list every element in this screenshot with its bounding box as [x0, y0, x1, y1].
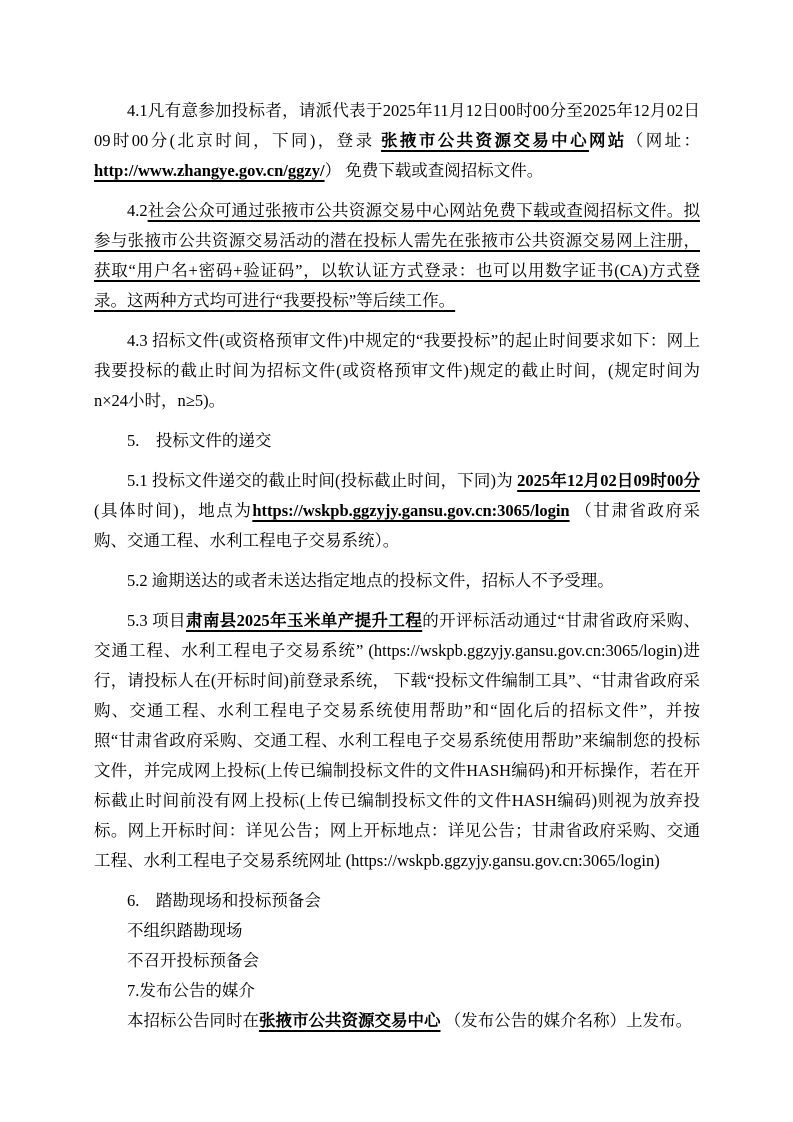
- text-run: 5.2 逾期送达的或者未送达指定地点的投标文件，招标人不予受理。: [127, 571, 614, 590]
- text-run: 本招标公告同时在: [127, 1011, 259, 1030]
- text-run: 6. 踏勘现场和投标预备会: [127, 891, 321, 910]
- para-4-3: 4.3 招标文件(或资格预审文件)中规定的“我要投标”的起止时间要求如下：网上我…: [94, 326, 700, 416]
- para-7-media: 本招标公告同时在张掖市公共资源交易中心 （发布公告的媒介名称）上发布。: [94, 1006, 700, 1036]
- emphasis-text: 张掖市公共资源交易中心: [381, 131, 589, 150]
- text-run: 7.发布公告的媒介: [127, 981, 255, 1000]
- emphasis-text: 网站: [589, 131, 627, 150]
- para-5: 5. 投标文件的递交: [94, 426, 700, 456]
- para-6-no-pre-bid-meeting: 不召开投标预备会: [94, 946, 700, 976]
- text-run: ） 免费下载或查阅招标文件。: [325, 161, 544, 180]
- para-5-2: 5.2 逾期送达的或者未送达指定地点的投标文件，招标人不予受理。: [94, 566, 700, 596]
- text-run: 不召开投标预备会: [127, 951, 259, 970]
- text-run: 5.3 项目: [127, 611, 186, 630]
- text-run: 4.2: [127, 201, 148, 220]
- text-run: 4.3 招标文件(或资格预审文件)中规定的“我要投标”的起止时间要求如下：网上我…: [94, 331, 700, 410]
- text-run: 5.1 投标文件递交的截止时间(投标截止时间，下同)为: [127, 471, 517, 490]
- emphasis-text: 肃南县2025年玉米单产提升工程: [186, 611, 422, 630]
- emphasis-text: 社会公众可通过张掖市公共资源交易中心网站免费下载或查阅招标文件。拟参与张掖市公共…: [94, 201, 700, 310]
- para-4-2: 4.2社会公众可通过张掖市公共资源交易中心网站免费下载或查阅招标文件。拟参与张掖…: [94, 196, 700, 316]
- document-page: 4.1凡有意参加投标者，请派代表于2025年11月12日00时00分至2025年…: [0, 0, 793, 1122]
- para-5-3: 5.3 项目肃南县2025年玉米单产提升工程的开评标活动通过“甘肃省政府采购、交…: [94, 606, 700, 876]
- url-text: http://www.zhangye.gov.cn/ggzy/: [94, 161, 325, 180]
- emphasis-text: 2025年12月02日09时00分: [517, 471, 700, 490]
- text-run: (具体时间)，地点为: [94, 501, 252, 520]
- text-run: （网址：: [627, 131, 700, 150]
- para-4-1: 4.1凡有意参加投标者，请派代表于2025年11月12日00时00分至2025年…: [94, 96, 700, 186]
- para-7: 7.发布公告的媒介: [94, 976, 700, 1006]
- document-body: 4.1凡有意参加投标者，请派代表于2025年11月12日00时00分至2025年…: [94, 96, 700, 1036]
- text-run: 的开评标活动通过“甘肃省政府采购、交通工程、水利工程电子交易系统” (https…: [94, 611, 700, 870]
- text-run: 不组织踏勘现场: [127, 921, 243, 940]
- emphasis-text: 张掖市公共资源交易中心: [259, 1011, 441, 1030]
- url-text: https://wskpb.ggzyjy.gansu.gov.cn:3065/l…: [252, 501, 569, 520]
- text-run: 5. 投标文件的递交: [127, 431, 271, 450]
- para-6-no-site-visit: 不组织踏勘现场: [94, 916, 700, 946]
- text-run: （发布公告的媒介名称）上发布。: [441, 1011, 693, 1030]
- para-6: 6. 踏勘现场和投标预备会: [94, 886, 700, 916]
- para-5-1: 5.1 投标文件递交的截止时间(投标截止时间，下同)为 2025年12月02日0…: [94, 466, 700, 556]
